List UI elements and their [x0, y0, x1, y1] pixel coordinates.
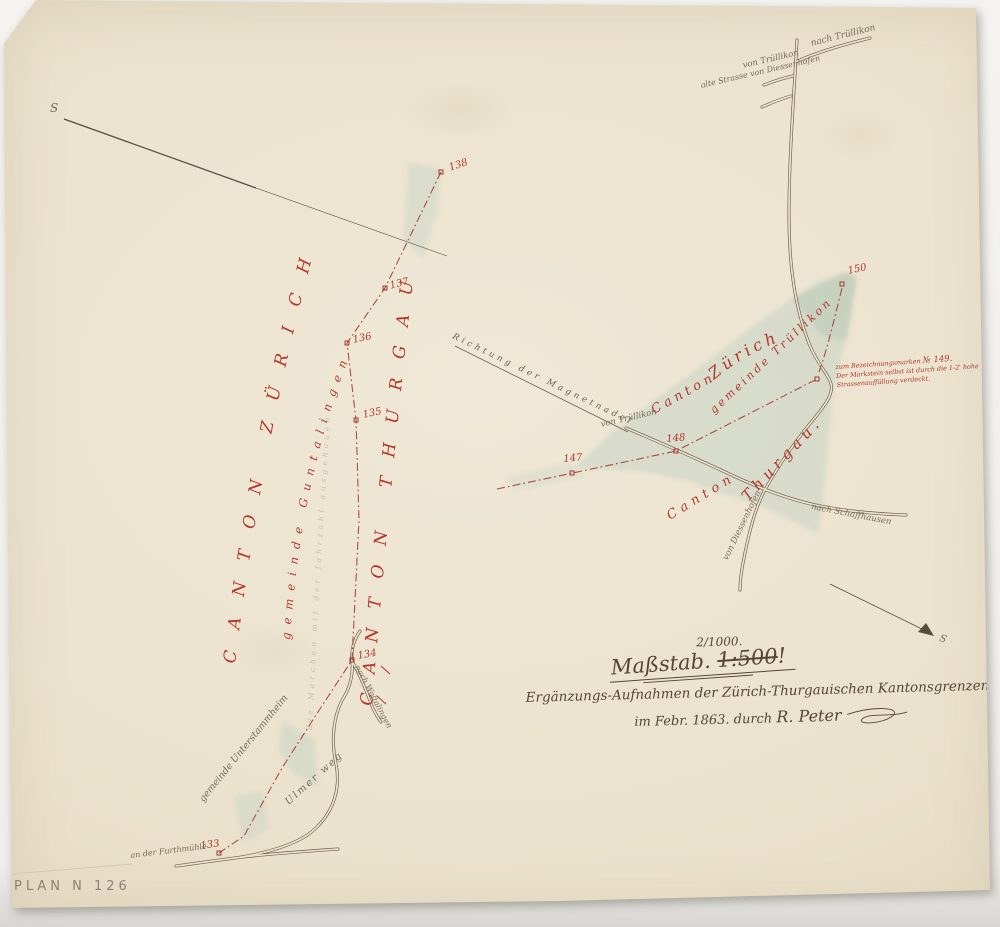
point-label-147: 147 — [563, 453, 583, 465]
author-signature: R. Peter — [776, 706, 842, 727]
road-ulmerweg — [176, 631, 360, 866]
scanned-plan-page: CANTON ZÜRICH gemeinde Guntalingen CANTO… — [0, 0, 1000, 927]
scale-exclamation: ! — [777, 643, 787, 668]
needle-caption-text: Richtung der Magnetnadel — [450, 331, 635, 428]
paper-sheet-wrap: CANTON ZÜRICH gemeinde Guntalingen CANTO… — [0, 0, 1000, 927]
canton-thurgau-arc: CANTON THURGAU — [357, 261, 420, 706]
title-block: 2/1000. Maßstab. 1:500! Ergänzungs-Aufna… — [520, 622, 995, 735]
south-label-left: S — [50, 102, 58, 114]
canton-thurgau-label: CANTON THURGAU — [357, 261, 420, 706]
point-label-148: 148 — [666, 433, 686, 445]
scale-old-value: 1:500 — [716, 644, 778, 672]
map-drawing: CANTON ZÜRICH gemeinde Guntalingen CANTO… — [0, 0, 1000, 927]
paper-crease — [0, 864, 132, 875]
needle-line-left — [64, 119, 447, 256]
signature-flourish — [845, 705, 910, 727]
canton-zurich-arc: CANTON ZÜRICH — [220, 236, 322, 665]
scale-statement: Maßstab. 1:500! — [608, 643, 795, 683]
survey-title: Ergänzungs-Aufnahmen der Zürich-Thurgaui… — [525, 678, 993, 706]
green-area-138 — [403, 162, 441, 258]
needle-caption-label: Richtung der Magnetnadel — [450, 331, 635, 428]
canton-zurich-label: CANTON ZÜRICH — [220, 236, 322, 665]
archive-plan-number: PLAN N 126 — [14, 880, 131, 893]
green-wash-areas — [233, 162, 857, 843]
date-prefix: im Febr. 1863. durch — [634, 711, 772, 730]
paper-sheet: CANTON ZÜRICH gemeinde Guntalingen CANTO… — [0, 0, 1000, 927]
green-strip-147 — [506, 462, 584, 492]
green-wedge-lower — [233, 791, 269, 843]
scale-word: Maßstab. — [610, 649, 711, 680]
